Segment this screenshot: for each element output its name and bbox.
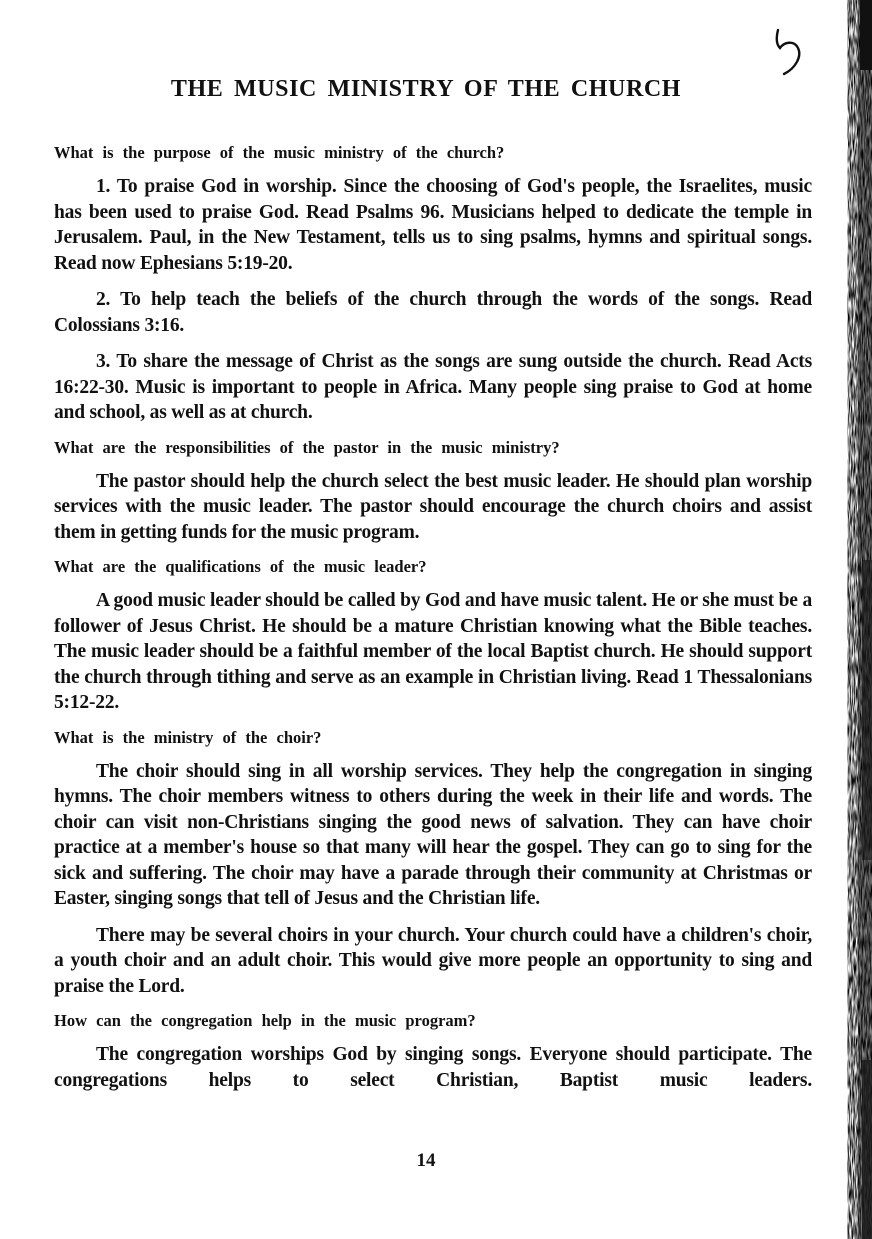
paragraph: 1. To praise God in worship. Since the c… bbox=[54, 174, 812, 276]
scan-edge-shadow bbox=[838, 0, 872, 1239]
paragraph: There may be several choirs in your chur… bbox=[54, 923, 812, 1000]
section-pastor-responsibilities: What are the responsibilities of the pas… bbox=[54, 437, 812, 546]
section-heading: How can the congregation help in the mus… bbox=[54, 1010, 812, 1032]
paragraph: The choir should sing in all worship ser… bbox=[54, 759, 812, 912]
section-choir-ministry: What is the ministry of the choir? The c… bbox=[54, 727, 812, 1000]
section-music-leader-qualifications: What are the qualifications of the music… bbox=[54, 556, 812, 716]
page-number: 14 bbox=[0, 1150, 852, 1172]
section-purpose: What is the purpose of the music ministr… bbox=[54, 142, 812, 426]
section-congregation-help: How can the congregation help in the mus… bbox=[54, 1010, 812, 1093]
paragraph: The pastor should help the church select… bbox=[54, 469, 812, 546]
paragraph: 2. To help teach the beliefs of the chur… bbox=[54, 287, 812, 338]
section-heading: What are the responsibilities of the pas… bbox=[54, 437, 812, 459]
document-body: What is the purpose of the music ministr… bbox=[54, 142, 812, 1104]
paragraph: The congregation worships God by singing… bbox=[54, 1042, 812, 1093]
paragraph: A good music leader should be called by … bbox=[54, 588, 812, 716]
handwritten-page-mark-icon bbox=[770, 28, 806, 78]
section-heading: What is the ministry of the choir? bbox=[54, 727, 812, 749]
paragraph: 3. To share the message of Christ as the… bbox=[54, 349, 812, 426]
section-heading: What are the qualifications of the music… bbox=[54, 556, 812, 578]
scanned-page: THE MUSIC MINISTRY OF THE CHURCH What is… bbox=[0, 0, 872, 1239]
page-title: THE MUSIC MINISTRY OF THE CHURCH bbox=[0, 76, 852, 103]
section-heading: What is the purpose of the music ministr… bbox=[54, 142, 812, 164]
